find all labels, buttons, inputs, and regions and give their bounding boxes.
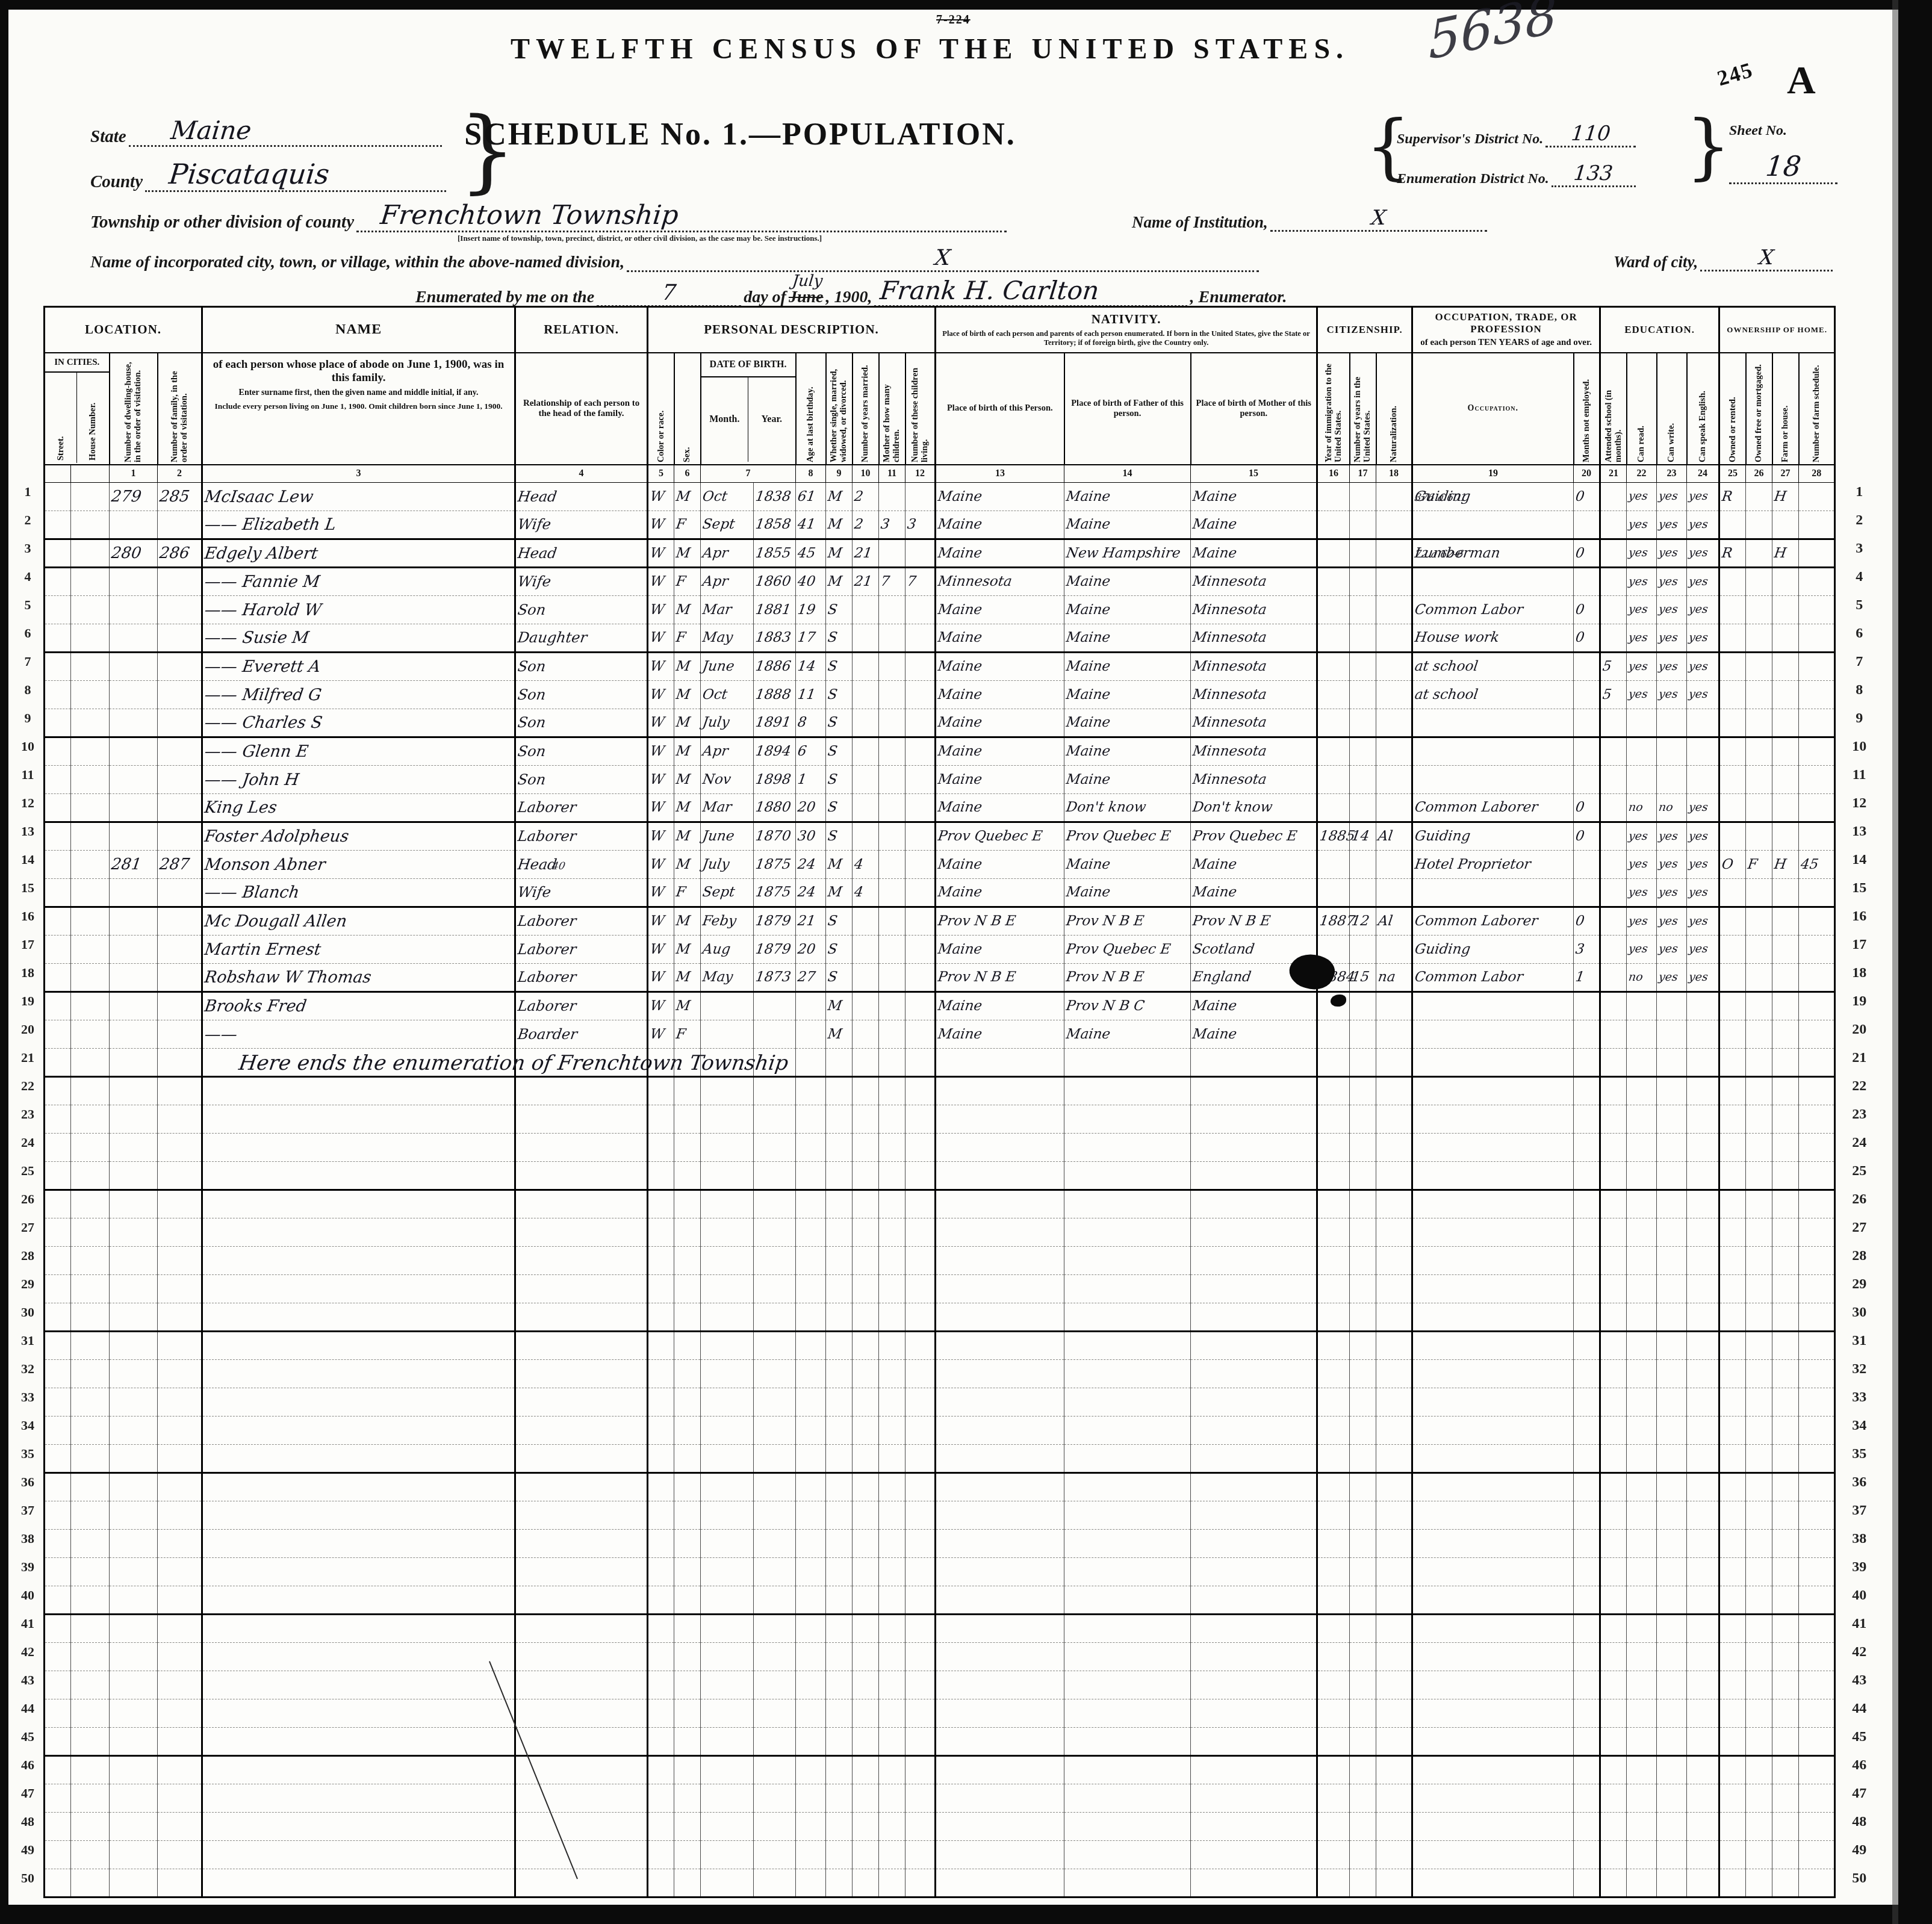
cell-immig_year: [1317, 1501, 1350, 1530]
nativity-note: Place of birth of each person and parent…: [937, 329, 1315, 348]
cell-marital: [826, 1643, 853, 1671]
cell-month: [701, 1134, 754, 1162]
cell-immig_year: [1317, 794, 1350, 822]
cell-house: [71, 511, 110, 539]
cell-english: yes: [1687, 936, 1719, 964]
cell-pob_father: Maine: [1064, 596, 1191, 624]
cell-occupation: Common Labor: [1412, 964, 1574, 992]
cell-dwelling: [110, 936, 158, 964]
cell-occupation: [1412, 1728, 1574, 1756]
cell-color: [648, 1105, 674, 1134]
cell-sex: [674, 1643, 701, 1671]
cell-months_unemp: [1574, 1869, 1600, 1898]
cell-age: 24: [796, 879, 826, 907]
cell-street: [45, 1303, 71, 1332]
cell-natural: [1376, 1841, 1412, 1869]
cell-age: [796, 1049, 826, 1077]
cell-months_unemp: [1574, 568, 1600, 596]
cell-farm_sched: [1799, 1218, 1835, 1247]
cell-children_living: [905, 1190, 936, 1218]
col-house-number-label: House Number.: [88, 373, 98, 461]
col-number-pob_father: 14: [1064, 465, 1191, 483]
cell-yrs_married: [853, 936, 879, 964]
enumeration-end-note: Here ends the enumeration of Frenchtown …: [237, 1051, 790, 1075]
cell-month: [701, 1728, 754, 1756]
cell-mother_children: [879, 1643, 905, 1671]
cell-dwelling: [110, 1586, 158, 1615]
cell-name: Robshaw W Thomas: [202, 964, 515, 992]
cell-pob_father: Maine: [1064, 568, 1191, 596]
cell-read: yes: [1627, 568, 1657, 596]
cell-yrs_us: [1350, 1813, 1376, 1841]
cell-natural: [1376, 1813, 1412, 1841]
cell-read: yes: [1627, 822, 1657, 851]
cell-pob_mother: Prov Quebec E: [1191, 822, 1317, 851]
cell-yrs_married: [853, 1756, 879, 1784]
col-can-read-label: Can read.: [1627, 353, 1657, 465]
cell-dwelling: [110, 1615, 158, 1643]
cell-school: [1600, 1134, 1627, 1162]
cell-farm_sched: [1799, 653, 1835, 681]
cell-pob_mother: [1191, 1218, 1317, 1247]
cell-street: [45, 1530, 71, 1558]
cell-english: [1687, 1417, 1719, 1445]
cell-english: yes: [1687, 851, 1719, 879]
cell-house: [71, 1388, 110, 1417]
cell-farm_house: [1772, 1728, 1799, 1756]
cell-pob_father: [1064, 1105, 1191, 1134]
cell-month: [701, 1077, 754, 1105]
cell-house: [71, 1049, 110, 1077]
table-row: [45, 1360, 1835, 1388]
right-row-number: 8: [1836, 682, 1883, 710]
cell-mother_children: [879, 794, 905, 822]
cell-sex: M: [674, 851, 701, 879]
cell-write: [1657, 1756, 1687, 1784]
cell-yrs_us: [1350, 1275, 1376, 1303]
cell-pob_mother: Don't know: [1191, 794, 1317, 822]
cell-yrs_married: [853, 1615, 879, 1643]
cell-pob_person: [936, 1728, 1064, 1756]
cell-yrs_married: [853, 1784, 879, 1813]
cell-month: July: [701, 851, 754, 879]
cell-pob_person: Maine: [936, 992, 1064, 1020]
cell-sex: [674, 1077, 701, 1105]
right-row-number: 20: [1836, 1022, 1883, 1050]
table-row: [45, 1869, 1835, 1898]
cell-year: 1891: [754, 709, 796, 737]
cell-school: [1600, 1473, 1627, 1501]
cell-mother_children: [879, 1049, 905, 1077]
cell-relation: Daughter: [515, 624, 648, 653]
left-row-number: 38: [12, 1531, 43, 1559]
cell-owned_rented: [1719, 1473, 1746, 1501]
cell-read: [1627, 1813, 1657, 1841]
cell-yrs_married: [853, 1020, 879, 1049]
cell-read: [1627, 1586, 1657, 1615]
cell-year: 1879: [754, 936, 796, 964]
cell-farm_sched: [1799, 992, 1835, 1020]
cell-pob_mother: [1191, 1077, 1317, 1105]
cell-months_unemp: [1574, 1841, 1600, 1869]
cell-read: [1627, 1303, 1657, 1332]
cell-owned_rented: [1719, 1558, 1746, 1586]
cell-school: [1600, 964, 1627, 992]
cell-free_mort: [1746, 1813, 1772, 1841]
right-row-number: 22: [1836, 1078, 1883, 1106]
cell-owned_rented: [1719, 596, 1746, 624]
col-years-us-label: Number of years in the United States.: [1350, 353, 1376, 465]
col-family-label: Number of family, in the order of visita…: [158, 353, 202, 465]
cell-relation: [515, 1643, 648, 1671]
cell-free_mort: [1746, 709, 1772, 737]
cell-pob_father: Prov N B E: [1064, 964, 1191, 992]
col-number-school: 21: [1600, 465, 1627, 483]
cell-sex: [674, 1388, 701, 1417]
col-number-farm_house: 27: [1772, 465, 1799, 483]
cell-name: King Les: [202, 794, 515, 822]
cell-age: [796, 1218, 826, 1247]
col-number-dwelling: 1: [110, 465, 158, 483]
cell-children_living: [905, 539, 936, 568]
col-number-english: 24: [1687, 465, 1719, 483]
cell-street: [45, 1615, 71, 1643]
cell-family: [158, 766, 202, 794]
township-line: Township or other division of county Fre…: [90, 200, 1007, 232]
cell-month: Feby: [701, 907, 754, 936]
cell-mother_children: [879, 1388, 905, 1417]
cell-occupation: Common Laborer: [1412, 907, 1574, 936]
cell-read: [1627, 992, 1657, 1020]
cell-relation: Son: [515, 681, 648, 709]
col-pob-mother-label: Place of birth of Mother of this person.: [1191, 353, 1317, 465]
cell-street: [45, 511, 71, 539]
cell-year: [754, 1190, 796, 1218]
cell-farm_sched: [1799, 1360, 1835, 1388]
cell-street: [45, 1728, 71, 1756]
cell-yrs_married: [853, 681, 879, 709]
left-row-number: 6: [12, 625, 43, 654]
cell-yrs_married: [853, 1417, 879, 1445]
cell-natural: [1376, 1699, 1412, 1728]
col-number-pob_mother: 15: [1191, 465, 1317, 483]
cell-farm_sched: [1799, 539, 1835, 568]
cell-immig_year: [1317, 1190, 1350, 1218]
cell-name: —— John H: [202, 766, 515, 794]
cell-yrs_married: [853, 1671, 879, 1699]
col-number-farm_sched: 28: [1799, 465, 1835, 483]
cell-sex: [674, 1869, 701, 1898]
cell-months_unemp: [1574, 766, 1600, 794]
cell-month: Nov: [701, 766, 754, 794]
cell-family: [158, 624, 202, 653]
cell-english: [1687, 766, 1719, 794]
cell-month: [701, 1388, 754, 1417]
cell-owned_rented: [1719, 822, 1746, 851]
cell-english: [1687, 737, 1719, 766]
population-schedule-table: LOCATION. NAME RELATION. PERSONAL DESCRI…: [43, 306, 1836, 1898]
cell-write: [1657, 1501, 1687, 1530]
table-row: [45, 1586, 1835, 1615]
cell-pob_mother: [1191, 1586, 1317, 1615]
cell-children_living: [905, 1275, 936, 1303]
left-row-number: 22: [12, 1078, 43, 1106]
cell-children_living: [905, 624, 936, 653]
cell-family: [158, 1020, 202, 1049]
cell-school: [1600, 992, 1627, 1020]
cell-family: [158, 1643, 202, 1671]
cell-months_unemp: [1574, 1020, 1600, 1049]
cell-age: [796, 1501, 826, 1530]
cell-relation: [515, 1218, 648, 1247]
cell-natural: [1376, 1049, 1412, 1077]
cell-read: [1627, 1530, 1657, 1558]
cell-school: [1600, 1332, 1627, 1360]
right-row-number: 25: [1836, 1163, 1883, 1191]
cell-yrs_us: [1350, 1558, 1376, 1586]
cell-children_living: [905, 1162, 936, 1190]
col-number-owned_rented: 25: [1719, 465, 1746, 483]
cell-write: yes: [1657, 511, 1687, 539]
cell-occupation: [1412, 1473, 1574, 1501]
cell-mother_children: [879, 1586, 905, 1615]
cell-english: [1687, 1699, 1719, 1728]
cell-write: [1657, 1728, 1687, 1756]
cell-street: [45, 936, 71, 964]
cell-natural: [1376, 992, 1412, 1020]
cell-yrs_us: [1350, 483, 1376, 511]
col-dwelling-label: Number of dwelling-house, in the order o…: [110, 353, 158, 465]
cell-natural: [1376, 1615, 1412, 1643]
cell-sex: [674, 1501, 701, 1530]
left-row-number: 4: [12, 569, 43, 597]
cell-year: 1870: [754, 822, 796, 851]
cell-read: [1627, 1077, 1657, 1105]
cell-occupation: [1412, 1303, 1574, 1332]
col-naturalization-label: Naturalization.: [1376, 353, 1412, 465]
cell-school: [1600, 1671, 1627, 1699]
right-row-number: 13: [1836, 824, 1883, 852]
cell-owned_rented: [1719, 1077, 1746, 1105]
cell-immig_year: [1317, 1417, 1350, 1445]
cell-yrs_married: [853, 1049, 879, 1077]
cell-dwelling: [110, 1813, 158, 1841]
cell-name: [202, 1841, 515, 1869]
cell-pob_father: [1064, 1360, 1191, 1388]
cell-farm_sched: [1799, 1586, 1835, 1615]
cell-school: [1600, 1190, 1627, 1218]
cell-free_mort: [1746, 1077, 1772, 1105]
col-pob-person-label: Place of birth of this Person.: [936, 353, 1064, 465]
cell-children_living: [905, 1813, 936, 1841]
cell-color: [648, 1218, 674, 1247]
col-occupation-label: Occupation.: [1412, 353, 1574, 465]
cell-natural: [1376, 568, 1412, 596]
cell-pob_mother: [1191, 1049, 1317, 1077]
left-row-number: 35: [12, 1446, 43, 1474]
cell-write: [1657, 1473, 1687, 1501]
cell-yrs_us: [1350, 1134, 1376, 1162]
right-row-number: 12: [1836, 795, 1883, 824]
left-row-number: 17: [12, 937, 43, 965]
cell-children_living: [905, 1558, 936, 1586]
cell-occupation: [1412, 1417, 1574, 1445]
cell-occupation: [1412, 737, 1574, 766]
cell-farm_sched: [1799, 511, 1835, 539]
col-number-marital: 9: [826, 465, 853, 483]
left-row-number: 34: [12, 1418, 43, 1446]
cell-occupation: [1412, 879, 1574, 907]
cell-owned_rented: R: [1719, 539, 1746, 568]
cell-year: 1883: [754, 624, 796, 653]
cell-name: [202, 1134, 515, 1162]
cell-street: [45, 483, 71, 511]
cell-month: Apr: [701, 737, 754, 766]
cell-color: [648, 1784, 674, 1813]
cell-pob_father: [1064, 1643, 1191, 1671]
cell-farm_house: [1772, 936, 1799, 964]
cell-owned_rented: [1719, 1332, 1746, 1360]
cell-immig_year: [1317, 624, 1350, 653]
cell-pob_person: [936, 1530, 1064, 1558]
relation-annotation: 40: [551, 860, 566, 872]
cell-month: [701, 1473, 754, 1501]
cell-month: [701, 1417, 754, 1445]
cell-yrs_married: [853, 1275, 879, 1303]
cell-family: [158, 1162, 202, 1190]
cell-school: [1600, 1105, 1627, 1134]
cell-sex: M: [674, 737, 701, 766]
cell-school: [1600, 851, 1627, 879]
cell-write: yes: [1657, 851, 1687, 879]
cell-pob_person: Maine: [936, 879, 1064, 907]
cell-house: [71, 1841, 110, 1869]
cell-year: [754, 1615, 796, 1643]
cell-farm_sched: [1799, 1841, 1835, 1869]
col-farm-house-label: Farm or house.: [1772, 353, 1799, 465]
table-row: —— Harold WSonWMMar188119SMaineMaineMinn…: [45, 596, 1835, 624]
cell-occupation: Guiding: [1412, 822, 1574, 851]
cell-owned_rented: [1719, 1445, 1746, 1473]
cell-year: [754, 1869, 796, 1898]
cell-school: [1600, 1586, 1627, 1615]
cell-relation: [515, 1841, 648, 1869]
cell-pob_person: [936, 1586, 1064, 1615]
cell-farm_house: [1772, 1020, 1799, 1049]
cell-family: [158, 1473, 202, 1501]
cell-street: [45, 1417, 71, 1445]
cell-name: [202, 1699, 515, 1728]
cell-sex: M: [674, 709, 701, 737]
state-label: State: [90, 127, 126, 146]
cell-age: 20: [796, 794, 826, 822]
cell-natural: [1376, 1020, 1412, 1049]
right-row-number: 46: [1836, 1757, 1883, 1786]
cell-age: [796, 1134, 826, 1162]
cell-marital: S: [826, 766, 853, 794]
ward-value: X: [1758, 246, 1775, 270]
cell-pob_mother: [1191, 1643, 1317, 1671]
cell-farm_house: [1772, 1501, 1799, 1530]
cell-color: W: [648, 907, 674, 936]
cell-yrs_married: [853, 1303, 879, 1332]
cell-mother_children: [879, 1615, 905, 1643]
cell-name: Brooks Fred: [202, 992, 515, 1020]
cell-immig_year: [1317, 1671, 1350, 1699]
table-row: —— Elizabeth LWifeWFSept185841M233MaineM…: [45, 511, 1835, 539]
cell-color: [648, 1869, 674, 1898]
cell-occupation: Guiding: [1412, 936, 1574, 964]
cell-immig_year: [1317, 1869, 1350, 1898]
cell-pob_father: Prov Quebec E: [1064, 936, 1191, 964]
cell-children_living: [905, 596, 936, 624]
cell-year: [754, 1105, 796, 1134]
cell-month: Oct: [701, 483, 754, 511]
cell-pob_person: [936, 1134, 1064, 1162]
cell-months_unemp: [1574, 737, 1600, 766]
cell-pob_mother: [1191, 1841, 1317, 1869]
cell-dwelling: [110, 1445, 158, 1473]
cell-free_mort: [1746, 907, 1772, 936]
cell-occupation: [1412, 1841, 1574, 1869]
cell-months_unemp: [1574, 1756, 1600, 1784]
cell-yrs_married: [853, 1728, 879, 1756]
cell-relation: [515, 1501, 648, 1530]
cell-sex: M: [674, 483, 701, 511]
cell-children_living: [905, 1671, 936, 1699]
cell-write: [1657, 1162, 1687, 1190]
institution-line: Name of Institution, X: [1132, 206, 1487, 232]
cell-farm_sched: [1799, 907, 1835, 936]
cell-immig_year: [1317, 1275, 1350, 1303]
district-brace-close: }: [1686, 111, 1731, 182]
cell-sex: F: [674, 879, 701, 907]
cell-family: [158, 1275, 202, 1303]
cell-immig_year: [1317, 483, 1350, 511]
left-row-number: 18: [12, 965, 43, 993]
left-row-number: 36: [12, 1474, 43, 1503]
cell-immig_year: [1317, 1445, 1350, 1473]
cell-farm_sched: [1799, 1728, 1835, 1756]
cell-months_unemp: [1574, 1162, 1600, 1190]
cell-month: [701, 1671, 754, 1699]
col-can-speak-english-label: Can speak English.: [1687, 353, 1719, 465]
cell-pob_mother: Minnesota: [1191, 709, 1317, 737]
cell-pob_person: [936, 1473, 1064, 1501]
cell-pob_person: [936, 1615, 1064, 1643]
cell-street: [45, 1134, 71, 1162]
cell-immig_year: [1317, 511, 1350, 539]
cell-school: [1600, 1445, 1627, 1473]
cell-pob_father: Maine: [1064, 709, 1191, 737]
cell-mother_children: [879, 1784, 905, 1813]
right-row-number: 30: [1836, 1305, 1883, 1333]
table-row: [45, 1558, 1835, 1586]
cell-relation: Laborer: [515, 907, 648, 936]
cell-month: Apr: [701, 539, 754, 568]
cell-year: 1858: [754, 511, 796, 539]
cell-mother_children: [879, 653, 905, 681]
cell-pob_mother: Minnesota: [1191, 596, 1317, 624]
cell-free_mort: [1746, 992, 1772, 1020]
cell-family: [158, 1218, 202, 1247]
left-row-number: 45: [12, 1729, 43, 1757]
cell-mother_children: [879, 1417, 905, 1445]
cell-relation: [515, 1473, 648, 1501]
cell-school: [1600, 596, 1627, 624]
cell-farm_house: [1772, 964, 1799, 992]
cell-pob_father: [1064, 1049, 1191, 1077]
